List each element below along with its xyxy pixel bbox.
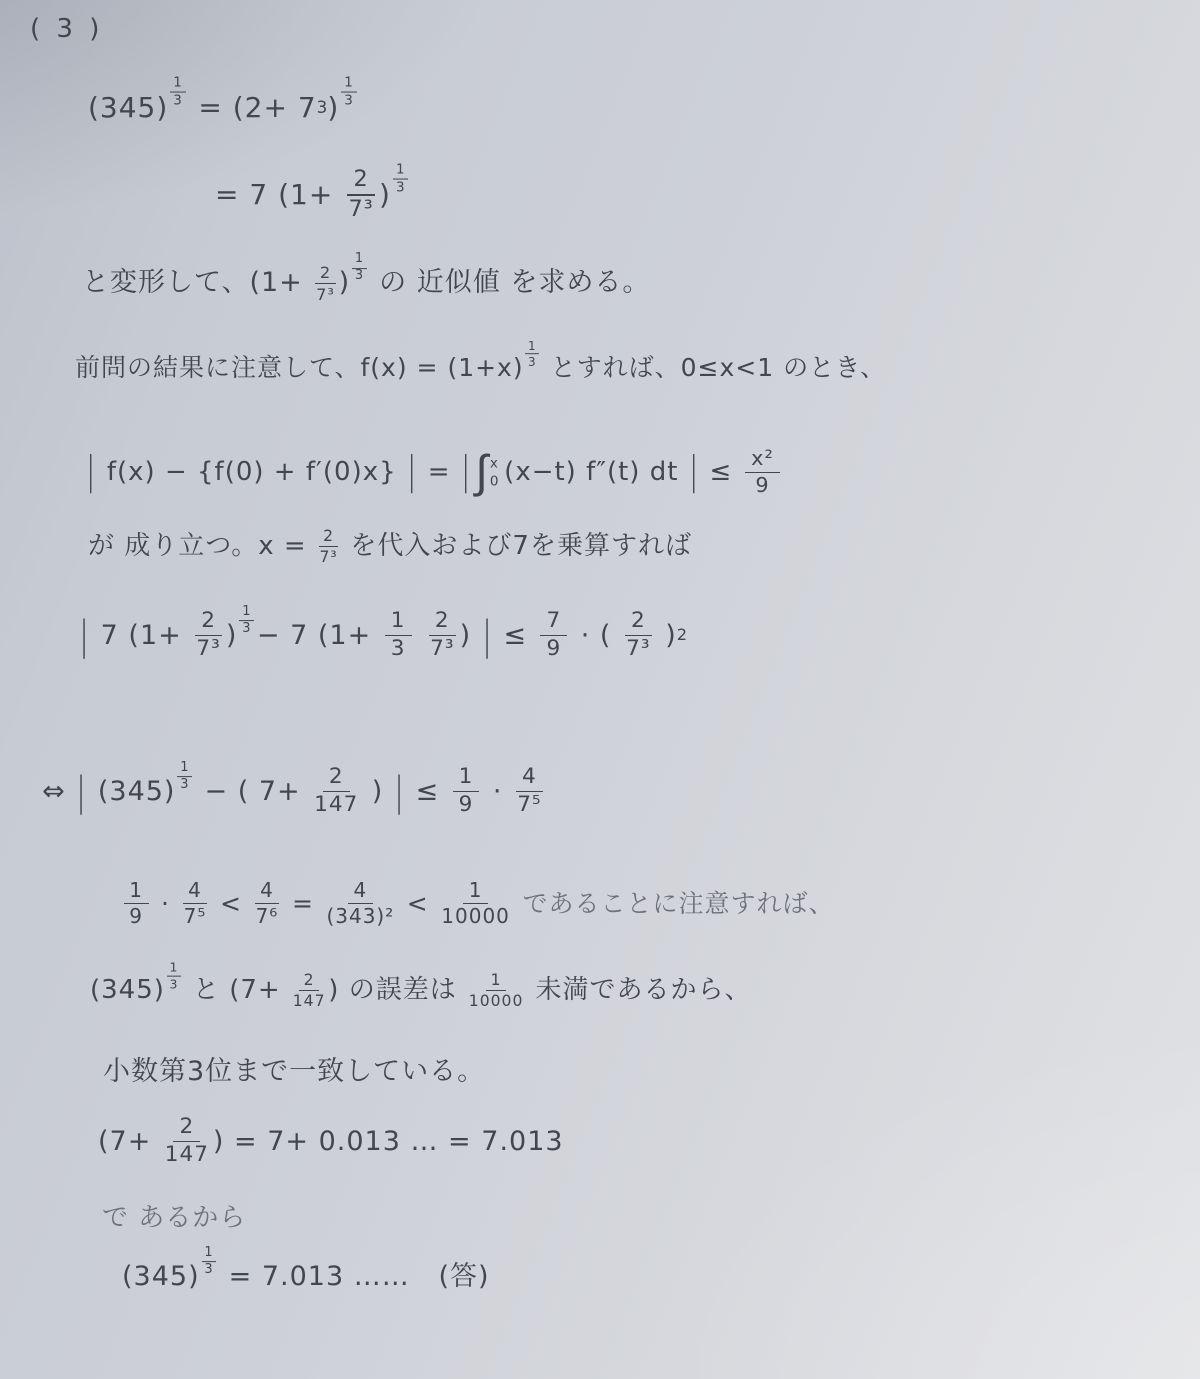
exponent-one-third-fraction: 13 <box>393 164 408 195</box>
problem-number-label: ( 3 ) <box>30 14 103 44</box>
math-text: ) <box>339 266 351 300</box>
fraction-numerator: 2 <box>319 528 339 547</box>
fraction-denominator: 9 <box>459 792 474 817</box>
fraction-numerator: 1 <box>486 972 506 991</box>
math-text: = 7 (1+ <box>215 177 343 212</box>
exponent-one-third-fraction: 13 <box>525 340 539 368</box>
eq-decimal-value: (7+ 2147) = 7+ 0.013 … = 7.013 <box>98 1116 564 1167</box>
math-text: ⇔ <box>42 775 75 809</box>
fraction: 27³ <box>429 610 456 661</box>
exponent-one-third-fraction: 13 <box>177 762 192 792</box>
exponent-denominator: 3 <box>204 1262 213 1277</box>
fraction-numerator: 1 <box>385 610 412 636</box>
absolute-value-bar: | <box>79 610 90 661</box>
math-text: · ( <box>571 619 621 653</box>
fraction: 2147 <box>293 972 326 1009</box>
exponent-one-third-fraction: 13 <box>202 1247 217 1277</box>
math-text: (7+ <box>98 1125 161 1159</box>
math-text: = <box>188 90 232 125</box>
math-text: 7 (1+ <box>91 619 191 653</box>
exponent-numerator: 1 <box>202 1247 217 1263</box>
fraction: 47⁶ <box>255 880 280 927</box>
fraction: 2147 <box>314 766 358 817</box>
exponent-denominator: 3 <box>396 180 406 195</box>
math-text: = <box>283 888 323 919</box>
fraction-denominator: (343)² <box>326 904 394 927</box>
math-text: 前問の結果に注意して、f(x) = (1+x) <box>75 352 524 383</box>
fraction: 27³ <box>625 610 652 661</box>
fraction-numerator: 1 <box>463 880 488 904</box>
math-text: = 7.013 …… (答) <box>219 1260 489 1294</box>
fraction-denominator: 7³ <box>430 636 454 661</box>
fraction-numerator: 4 <box>183 880 208 904</box>
text-error-bound: (345)13 と (7+ 2147) の誤差は 110000 未満であるから、 <box>90 972 751 1009</box>
fraction-numerator: 7 <box>540 610 567 636</box>
fraction-denominator: 7³ <box>319 547 337 565</box>
fraction-denominator: 7⁵ <box>517 792 541 817</box>
math-text: と (7+ <box>184 974 290 1007</box>
math-text: とすれば、0≤x<1 のとき、 <box>542 352 886 383</box>
math-text: (345) <box>90 974 165 1007</box>
exponent-one-third-fraction: 13 <box>352 253 367 283</box>
text-substitute: が 成り立つ。x = 27³ を代入および7を乗算すれば <box>88 528 692 565</box>
math-text: (x−t) f″(t) dt <box>504 456 688 489</box>
math-text: f(x) − {f(0) + f′(0)x} <box>98 456 406 489</box>
exponent-denominator: 3 <box>344 93 354 108</box>
math-text: − ( 7+ <box>195 775 310 809</box>
math-text: と変形して、(1+ <box>82 266 312 300</box>
exponent-denominator: 3 <box>180 777 189 792</box>
fraction-denominator: 10000 <box>441 904 510 927</box>
exponent-one-third-fraction: 13 <box>167 962 181 991</box>
fraction-numerator: 4 <box>348 880 373 904</box>
paper-page: ( 3 ) (345)13 = (2+ 73)13= 7 (1+ 27³)13と… <box>0 0 1200 1379</box>
fraction-numerator: 2 <box>429 610 456 636</box>
absolute-value-bar: | <box>461 448 472 497</box>
math-text: で あるから <box>102 1202 246 1235</box>
fraction-numerator: 2 <box>323 766 350 792</box>
math-text: 未満であるから、 <box>526 974 751 1007</box>
fraction: 4(343)² <box>326 880 394 927</box>
exponent-numerator: 1 <box>525 340 539 354</box>
math-text: ) <box>362 775 393 809</box>
fraction-denominator: 7⁶ <box>256 904 279 927</box>
fraction-numerator: 2 <box>173 1116 200 1142</box>
math-text: (2+ 7 <box>233 90 317 125</box>
exponent-numerator: 1 <box>177 762 192 778</box>
math-text: ) <box>656 619 677 653</box>
fraction: 27³ <box>347 168 375 222</box>
fraction: 110000 <box>441 880 510 927</box>
exponent-denominator: 3 <box>170 977 179 991</box>
eq-final-answer: (345)13 = 7.013 …… (答) <box>122 1260 490 1294</box>
math-text: (345) <box>88 90 168 125</box>
absolute-value-bar: | <box>86 448 97 497</box>
exponent-denominator: 3 <box>173 93 183 108</box>
fraction-numerator: 1 <box>453 766 480 792</box>
text-therefore: で あるから <box>102 1202 246 1235</box>
fraction: 47⁵ <box>516 766 543 817</box>
exponent-numerator: 1 <box>170 76 185 92</box>
math-text: の 近似値 を求める。 <box>370 266 651 300</box>
fraction-denominator: 7³ <box>196 636 220 661</box>
exponent-one-third-fraction: 13 <box>341 76 356 107</box>
math-text: であることに注意すれば、 <box>514 888 835 919</box>
fraction: 19 <box>124 880 149 927</box>
math-text: ) <box>226 619 238 653</box>
exponent-denominator: 3 <box>242 621 251 636</box>
fraction-numerator: 2 <box>195 610 222 636</box>
fraction-denominator: 9 <box>547 636 562 661</box>
fraction-denominator: 147 <box>314 792 358 817</box>
fraction-denominator: 147 <box>165 1142 209 1167</box>
text-previous-result: 前問の結果に注意して、f(x) = (1+x)13 とすれば、0≤x<1 のとき… <box>75 352 886 383</box>
math-text: ) <box>327 90 339 125</box>
fraction-denominator: 9 <box>755 473 769 497</box>
fraction-denominator: 7³ <box>316 284 335 303</box>
math-text: = <box>419 456 460 489</box>
text-transform: と変形して、(1+ 27³)13 の 近似値 を求める。 <box>82 264 650 303</box>
fraction: 19 <box>453 766 480 817</box>
eq-factor-out-7: = 7 (1+ 27³)13 <box>215 168 411 222</box>
fraction-denominator: 7³ <box>348 196 373 222</box>
exponent-one-third-fraction: 13 <box>239 606 254 636</box>
fraction-denominator: 147 <box>293 991 326 1009</box>
fraction: x²9 <box>745 448 779 497</box>
absolute-value-bar: | <box>76 766 87 817</box>
math-text: ≤ <box>494 619 537 653</box>
fraction: 13 <box>385 610 412 661</box>
math-text: (345) <box>88 775 175 809</box>
math-text: < <box>398 888 438 919</box>
absolute-value-bar: | <box>407 448 418 497</box>
fraction: 27³ <box>315 264 335 303</box>
integral-sign: ∫ <box>475 444 488 501</box>
math-text: · <box>152 888 179 919</box>
exponent-numerator: 1 <box>167 962 181 977</box>
math-text: < <box>211 888 251 919</box>
fraction-numerator: 4 <box>255 880 280 904</box>
exponent-denominator: 3 <box>528 354 537 367</box>
math-text <box>415 619 425 653</box>
math-text: · <box>483 775 512 809</box>
math-text: ≤ <box>700 456 741 489</box>
fraction-denominator: 7⁵ <box>184 904 207 927</box>
math-text: − 7 (1+ <box>257 619 381 653</box>
integral-lower-limit: 0 <box>490 474 500 491</box>
text-decimal-agreement: 小数第3位まで一致している。 <box>103 1055 485 1089</box>
exponent-numerator: 1 <box>393 164 408 180</box>
integral-limits: x0 <box>490 456 500 491</box>
fraction-numerator: 2 <box>625 610 652 636</box>
absolute-value-bar: | <box>689 448 700 497</box>
absolute-value-bar: | <box>394 766 405 817</box>
eq-345-expand: (345)13 = (2+ 73)13 <box>88 90 359 125</box>
math-text: ) <box>460 619 481 653</box>
math-text: を代入および7を乗算すれば <box>341 530 692 563</box>
fraction: 110000 <box>469 972 524 1009</box>
math-text: 小数第3位まで一致している。 <box>103 1055 485 1089</box>
fraction: 2147 <box>165 1116 209 1167</box>
exponent-one-third-fraction: 13 <box>170 76 185 107</box>
fraction-denominator: 10000 <box>469 991 524 1009</box>
fraction-numerator: 2 <box>315 264 335 284</box>
math-text: (345) <box>122 1260 200 1294</box>
exponent-numerator: 1 <box>239 606 254 622</box>
integral-upper-limit: x <box>490 456 499 473</box>
fraction: 27³ <box>195 610 222 661</box>
math-text: ) = 7+ 0.013 … = 7.013 <box>213 1125 564 1159</box>
exponent-numerator: 1 <box>352 253 367 269</box>
math-text: ≤ <box>406 775 449 809</box>
eq-multiplied-by-7: | 7 (1+ 27³)13− 7 (1+ 13 27³) | ≤ 79 · (… <box>78 610 687 661</box>
superscript-exponent: 2 <box>677 627 687 643</box>
eq-taylor-remainder: | f(x) − {f(0) + f′(0)x} | = |∫x0(x−t) f… <box>85 444 783 501</box>
eq-equivalent-form: ⇔ | (345)13 − ( 7+ 2147 ) | ≤ 19 · 47⁵ <box>42 766 547 817</box>
fraction-numerator: 4 <box>516 766 543 792</box>
fraction-denominator: 7³ <box>626 636 650 661</box>
fraction-denominator: 9 <box>129 904 143 927</box>
absolute-value-bar: | <box>482 610 493 661</box>
math-text: ) <box>379 177 391 212</box>
fraction: 27³ <box>319 528 339 565</box>
superscript-exponent: 3 <box>317 99 328 116</box>
fraction-numerator: 2 <box>299 972 319 991</box>
fraction: 47⁵ <box>183 880 208 927</box>
fraction-numerator: 2 <box>347 168 375 196</box>
fraction-numerator: x² <box>745 448 779 473</box>
exponent-denominator: 3 <box>355 269 364 284</box>
math-text: ) の誤差は <box>328 974 466 1007</box>
math-text: が 成り立つ。x = <box>88 530 316 563</box>
fraction: 79 <box>540 610 567 661</box>
exponent-numerator: 1 <box>341 76 356 92</box>
fraction-numerator: 1 <box>124 880 149 904</box>
fraction-denominator: 3 <box>391 636 406 661</box>
eq-bound-estimate: 19 · 47⁵ < 47⁶ = 4(343)² < 110000 であることに… <box>120 880 834 927</box>
